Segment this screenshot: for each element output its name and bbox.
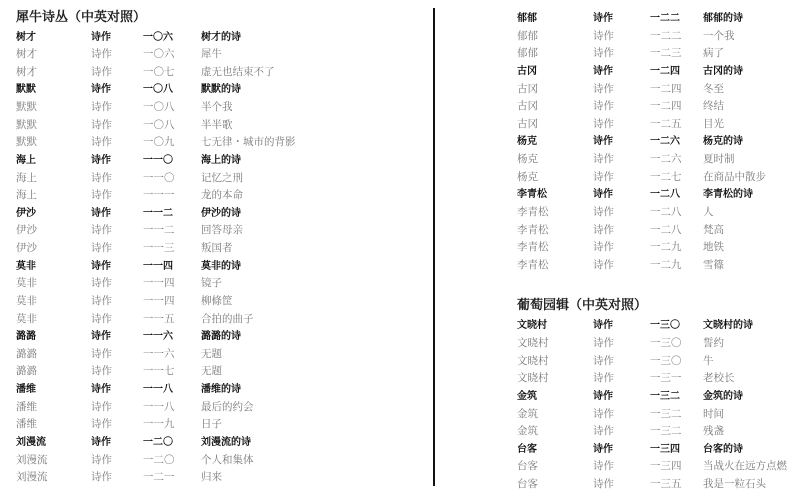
poem-title: 树才的诗: [201, 29, 241, 47]
toc-entry-row: 海上诗作一一一龙的本命: [16, 187, 416, 205]
page-number: 一三〇: [650, 353, 682, 371]
entry-type: 诗作: [91, 434, 111, 452]
entry-type: 诗作: [91, 152, 111, 170]
entry-type: 诗作: [91, 346, 112, 364]
poem-title: 终结: [703, 98, 724, 116]
poem-title: 记忆之刑: [201, 170, 243, 188]
toc-entry-row: 伊沙诗作一一三叛国者: [16, 240, 416, 258]
author-name: 刘漫流: [16, 452, 48, 470]
left-toc-list: 树才诗作一〇六树才的诗树才诗作一〇六犀牛树才诗作一〇七虚无也结束不了默默诗作一〇…: [16, 29, 416, 487]
poem-title: 夏时制: [703, 151, 735, 169]
page-number: 一一〇: [143, 152, 173, 170]
page-number: 一一二: [143, 205, 173, 223]
author-name: 潘维: [16, 416, 37, 434]
page-number: 一一一: [143, 187, 175, 205]
toc-author-heading-row: 杨克诗作一二六杨克的诗: [517, 133, 800, 151]
page-number: 一三五: [650, 476, 682, 494]
page-number: 一一九: [143, 416, 175, 434]
toc-entry-row: 古冈诗作一二四冬至: [517, 81, 800, 99]
author-name: 文晓村: [517, 353, 549, 371]
page-number: 一三一: [650, 370, 682, 388]
toc-entry-row: 金筑诗作一三二时间: [517, 406, 800, 424]
poem-title: 人: [703, 204, 714, 222]
author-name: 古冈: [517, 116, 538, 134]
author-name: 海上: [16, 152, 36, 170]
author-name: 默默: [16, 117, 37, 135]
page-number: 一一三: [143, 240, 175, 258]
page-number: 一一六: [143, 346, 175, 364]
author-name: 李青松: [517, 204, 549, 222]
entry-type: 诗作: [593, 458, 614, 476]
entry-type: 诗作: [91, 452, 112, 470]
page-number: 一〇六: [143, 29, 173, 47]
toc-entry-row: 李青松诗作一二八梵高: [517, 222, 800, 240]
toc-entry-row: 文晓村诗作一三〇牛: [517, 353, 800, 371]
poem-title: 镜子: [201, 275, 222, 293]
poem-title: 无题: [201, 346, 222, 364]
entry-type: 诗作: [593, 45, 614, 63]
poem-title: 李青松的诗: [703, 186, 753, 204]
toc-entry-row: 金筑诗作一三二残盏: [517, 423, 800, 441]
poem-title: 杨克的诗: [703, 133, 743, 151]
poem-title: 地铁: [703, 239, 724, 257]
poem-title: 台客的诗: [703, 441, 743, 459]
poem-title: 潞潞的诗: [201, 328, 241, 346]
author-name: 金筑: [517, 423, 538, 441]
page-number: 一〇八: [143, 117, 175, 135]
author-name: 潞潞: [16, 328, 36, 346]
entry-type: 诗作: [91, 311, 112, 329]
right-column: 郁郁诗作一二二郁郁的诗郁郁诗作一二二一个我郁郁诗作一二三病了古冈诗作一二四古冈的…: [517, 0, 800, 494]
page-number: 一一六: [143, 328, 173, 346]
toc-entry-row: 杨克诗作一二七在商品中散步: [517, 169, 800, 187]
author-name: 伊沙: [16, 205, 36, 223]
toc-entry-row: 莫非诗作一一四镜子: [16, 275, 416, 293]
toc-entry-row: 李青松诗作一二九雪篠: [517, 257, 800, 275]
entry-type: 诗作: [91, 64, 112, 82]
author-name: 默默: [16, 99, 37, 117]
poem-title: 柳條筐: [201, 293, 233, 311]
poem-title: 默默的诗: [201, 81, 241, 99]
page-number: 一一〇: [143, 170, 175, 188]
toc-entry-row: 刘漫流诗作一二〇个人和集体: [16, 452, 416, 470]
column-divider: [433, 8, 435, 486]
entry-type: 诗作: [593, 28, 614, 46]
page-number: 一二五: [650, 116, 682, 134]
poem-title: 个人和集体: [201, 452, 254, 470]
poem-title: 龙的本命: [201, 187, 243, 205]
author-name: 海上: [16, 187, 37, 205]
toc-entry-row: 郁郁诗作一二三病了: [517, 45, 800, 63]
entry-type: 诗作: [91, 134, 112, 152]
entry-type: 诗作: [593, 335, 614, 353]
toc-author-heading-row: 潞潞诗作一一六潞潞的诗: [16, 328, 416, 346]
page-number: 一二九: [650, 239, 682, 257]
poem-title: 残盏: [703, 423, 724, 441]
toc-entry-row: 李青松诗作一二八人: [517, 204, 800, 222]
entry-type: 诗作: [593, 98, 614, 116]
entry-type: 诗作: [593, 317, 613, 335]
entry-type: 诗作: [593, 388, 613, 406]
author-name: 郁郁: [517, 10, 537, 28]
entry-type: 诗作: [91, 117, 112, 135]
right-toc-list-bottom: 文晓村诗作一三〇文晓村的诗文晓村诗作一三〇誓约文晓村诗作一三〇牛文晓村诗作一三一…: [517, 317, 800, 493]
toc-author-heading-row: 伊沙诗作一一二伊沙的诗: [16, 205, 416, 223]
toc-entry-row: 文晓村诗作一三一老校长: [517, 370, 800, 388]
poem-title: 最后的约会: [201, 399, 254, 417]
entry-type: 诗作: [593, 423, 614, 441]
page-number: 一三〇: [650, 317, 680, 335]
toc-author-heading-row: 刘漫流诗作一二〇刘漫流的诗: [16, 434, 416, 452]
poem-title: 海上的诗: [201, 152, 241, 170]
author-name: 伊沙: [16, 222, 37, 240]
toc-entry-row: 郁郁诗作一二二一个我: [517, 28, 800, 46]
author-name: 默默: [16, 134, 37, 152]
section-title-rhino-poetry: 犀牛诗丛（中英对照）: [16, 8, 416, 28]
author-name: 台客: [517, 441, 537, 459]
poem-title: 无题: [201, 363, 222, 381]
poem-title: 刘漫流的诗: [201, 434, 251, 452]
author-name: 刘漫流: [16, 469, 48, 487]
toc-entry-row: 默默诗作一〇八半个我: [16, 99, 416, 117]
page-number: 一三四: [650, 441, 680, 459]
toc-entry-row: 树才诗作一〇六犀牛: [16, 46, 416, 64]
author-name: 伊沙: [16, 240, 37, 258]
author-name: 潘维: [16, 399, 37, 417]
entry-type: 诗作: [91, 416, 112, 434]
author-name: 莫非: [16, 275, 37, 293]
toc-entry-row: 海上诗作一一〇记忆之刑: [16, 170, 416, 188]
poem-title: 时间: [703, 406, 724, 424]
author-name: 李青松: [517, 186, 547, 204]
entry-type: 诗作: [91, 363, 112, 381]
entry-type: 诗作: [91, 469, 112, 487]
page-number: 一二二: [650, 28, 682, 46]
page-number: 一二三: [650, 45, 682, 63]
toc-entry-row: 古冈诗作一二五目光: [517, 116, 800, 134]
entry-type: 诗作: [91, 222, 112, 240]
poem-title: 回答母亲: [201, 222, 243, 240]
toc-entry-row: 台客诗作一三四当战火在远方点燃: [517, 458, 800, 476]
toc-entry-row: 刘漫流诗作一二一归来: [16, 469, 416, 487]
author-name: 文晓村: [517, 317, 547, 335]
section-title-vineyard: 葡萄园辑（中英对照）: [517, 296, 800, 316]
toc-entry-row: 潘维诗作一一八最后的约会: [16, 399, 416, 417]
page-number: 一二一: [143, 469, 175, 487]
author-name: 李青松: [517, 257, 549, 275]
poem-title: 目光: [703, 116, 724, 134]
page-number: 一二九: [650, 257, 682, 275]
toc-author-heading-row: 树才诗作一〇六树才的诗: [16, 29, 416, 47]
page-number: 一二七: [650, 169, 682, 187]
poem-title: 当战火在远方点燃: [703, 458, 787, 476]
toc-entry-row: 李青松诗作一二九地铁: [517, 239, 800, 257]
page-number: 一三二: [650, 423, 682, 441]
page-number: 一二八: [650, 186, 680, 204]
toc-entry-row: 莫非诗作一一五合拍的曲子: [16, 311, 416, 329]
entry-type: 诗作: [593, 186, 613, 204]
entry-type: 诗作: [593, 353, 614, 371]
page-number: 一三〇: [650, 335, 682, 353]
page-number: 一二六: [650, 133, 680, 151]
author-name: 郁郁: [517, 28, 538, 46]
entry-type: 诗作: [91, 29, 111, 47]
poem-title: 郁郁的诗: [703, 10, 743, 28]
toc-entry-row: 文晓村诗作一三〇誓约: [517, 335, 800, 353]
author-name: 树才: [16, 64, 37, 82]
author-name: 潞潞: [16, 363, 37, 381]
entry-type: 诗作: [91, 170, 112, 188]
author-name: 树才: [16, 29, 36, 47]
author-name: 李青松: [517, 222, 549, 240]
toc-entry-row: 杨克诗作一二六夏时制: [517, 151, 800, 169]
entry-type: 诗作: [91, 293, 112, 311]
author-name: 树才: [16, 46, 37, 64]
page-number: 一二六: [650, 151, 682, 169]
entry-type: 诗作: [91, 399, 112, 417]
entry-type: 诗作: [593, 222, 614, 240]
page-number: 一〇六: [143, 46, 175, 64]
toc-author-heading-row: 潘维诗作一一八潘维的诗: [16, 381, 416, 399]
poem-title: 我是一粒石头: [703, 476, 766, 494]
poem-title: 老校长: [703, 370, 735, 388]
poem-title: 潘维的诗: [201, 381, 241, 399]
entry-type: 诗作: [593, 370, 614, 388]
entry-type: 诗作: [593, 441, 613, 459]
entry-type: 诗作: [91, 205, 111, 223]
page-number: 一一四: [143, 258, 173, 276]
page-number: 一〇七: [143, 64, 175, 82]
page-number: 一一八: [143, 399, 175, 417]
entry-type: 诗作: [91, 81, 111, 99]
entry-type: 诗作: [593, 151, 614, 169]
author-name: 文晓村: [517, 370, 549, 388]
author-name: 金筑: [517, 388, 537, 406]
poem-title: 合拍的曲子: [201, 311, 254, 329]
toc-entry-row: 树才诗作一〇七虚无也结束不了: [16, 64, 416, 82]
author-name: 古冈: [517, 63, 537, 81]
toc-entry-row: 古冈诗作一二四终结: [517, 98, 800, 116]
entry-type: 诗作: [91, 328, 111, 346]
page-number: 一二八: [650, 204, 682, 222]
page-number: 一三二: [650, 406, 682, 424]
poem-title: 犀牛: [201, 46, 222, 64]
poem-title: 梵高: [703, 222, 724, 240]
poem-title: 病了: [703, 45, 724, 63]
poem-title: 古冈的诗: [703, 63, 743, 81]
author-name: 莫非: [16, 258, 36, 276]
toc-author-heading-row: 海上诗作一一〇海上的诗: [16, 152, 416, 170]
poem-title: 金筑的诗: [703, 388, 743, 406]
entry-type: 诗作: [91, 258, 111, 276]
toc-entry-row: 莫非诗作一一四柳條筐: [16, 293, 416, 311]
entry-type: 诗作: [593, 239, 614, 257]
entry-type: 诗作: [91, 381, 111, 399]
toc-author-heading-row: 金筑诗作一三二金筑的诗: [517, 388, 800, 406]
entry-type: 诗作: [91, 275, 112, 293]
author-name: 潞潞: [16, 346, 37, 364]
page-number: 一〇九: [143, 134, 175, 152]
poem-title: 伊沙的诗: [201, 205, 241, 223]
entry-type: 诗作: [593, 257, 614, 275]
page-number: 一二四: [650, 63, 680, 81]
poem-title: 冬至: [703, 81, 724, 99]
poem-title: 在商品中散步: [703, 169, 766, 187]
page-number: 一二〇: [143, 434, 173, 452]
page-number: 一一二: [143, 222, 175, 240]
author-name: 古冈: [517, 98, 538, 116]
poem-title: 雪篠: [703, 257, 724, 275]
entry-type: 诗作: [593, 204, 614, 222]
page-number: 一一四: [143, 275, 175, 293]
toc-author-heading-row: 默默诗作一〇八默默的诗: [16, 81, 416, 99]
poem-title: 文晓村的诗: [703, 317, 753, 335]
author-name: 台客: [517, 458, 538, 476]
page-number: 一三二: [650, 388, 680, 406]
author-name: 刘漫流: [16, 434, 46, 452]
poem-title: 誓约: [703, 335, 724, 353]
toc-entry-row: 潞潞诗作一一七无题: [16, 363, 416, 381]
entry-type: 诗作: [593, 406, 614, 424]
author-name: 古冈: [517, 81, 538, 99]
entry-type: 诗作: [593, 10, 613, 28]
entry-type: 诗作: [593, 81, 614, 99]
author-name: 莫非: [16, 311, 37, 329]
author-name: 海上: [16, 170, 37, 188]
author-name: 郁郁: [517, 45, 538, 63]
poem-title: 半个我: [201, 99, 233, 117]
entry-type: 诗作: [593, 476, 614, 494]
poem-title: 虚无也结束不了: [201, 64, 275, 82]
toc-author-heading-row: 古冈诗作一二四古冈的诗: [517, 63, 800, 81]
entry-type: 诗作: [91, 46, 112, 64]
author-name: 潘维: [16, 381, 36, 399]
toc-entry-row: 默默诗作一〇八半半歌: [16, 117, 416, 135]
page-number: 一一八: [143, 381, 173, 399]
page-number: 一一五: [143, 311, 175, 329]
page-number: 一一七: [143, 363, 175, 381]
poem-title: 七无律・城市的背影: [201, 134, 296, 152]
author-name: 杨克: [517, 169, 538, 187]
page-number: 一二四: [650, 98, 682, 116]
poem-title: 半半歌: [201, 117, 233, 135]
left-column: 犀牛诗丛（中英对照） 树才诗作一〇六树才的诗树才诗作一〇六犀牛树才诗作一〇七虚无…: [16, 0, 416, 487]
author-name: 莫非: [16, 293, 37, 311]
toc-entry-row: 潘维诗作一一九日子: [16, 416, 416, 434]
toc-author-heading-row: 文晓村诗作一三〇文晓村的诗: [517, 317, 800, 335]
entry-type: 诗作: [91, 99, 112, 117]
poem-title: 叛国者: [201, 240, 233, 258]
poem-title: 日子: [201, 416, 222, 434]
page-number: 一〇八: [143, 81, 173, 99]
toc-author-heading-row: 李青松诗作一二八李青松的诗: [517, 186, 800, 204]
toc-author-heading-row: 台客诗作一三四台客的诗: [517, 441, 800, 459]
entry-type: 诗作: [593, 116, 614, 134]
page-number: 一三四: [650, 458, 682, 476]
page-number: 一二〇: [143, 452, 175, 470]
page-number: 一〇八: [143, 99, 175, 117]
entry-type: 诗作: [593, 169, 614, 187]
poem-title: 一个我: [703, 28, 735, 46]
toc-entry-row: 默默诗作一〇九七无律・城市的背影: [16, 134, 416, 152]
author-name: 杨克: [517, 151, 538, 169]
author-name: 金筑: [517, 406, 538, 424]
poem-title: 归来: [201, 469, 222, 487]
page-number: 一一四: [143, 293, 175, 311]
author-name: 台客: [517, 476, 538, 494]
page-number: 一二八: [650, 222, 682, 240]
poem-title: 牛: [703, 353, 714, 371]
author-name: 默默: [16, 81, 36, 99]
page-number: 一二二: [650, 10, 680, 28]
toc-author-heading-row: 莫非诗作一一四莫非的诗: [16, 258, 416, 276]
entry-type: 诗作: [91, 187, 112, 205]
entry-type: 诗作: [593, 63, 613, 81]
right-toc-list-top: 郁郁诗作一二二郁郁的诗郁郁诗作一二二一个我郁郁诗作一二三病了古冈诗作一二四古冈的…: [517, 10, 800, 274]
author-name: 李青松: [517, 239, 549, 257]
toc-author-heading-row: 郁郁诗作一二二郁郁的诗: [517, 10, 800, 28]
author-name: 杨克: [517, 133, 537, 151]
entry-type: 诗作: [91, 240, 112, 258]
toc-entry-row: 伊沙诗作一一二回答母亲: [16, 222, 416, 240]
entry-type: 诗作: [593, 133, 613, 151]
toc-entry-row: 潞潞诗作一一六无题: [16, 346, 416, 364]
page-number: 一二四: [650, 81, 682, 99]
author-name: 文晓村: [517, 335, 549, 353]
poem-title: 莫非的诗: [201, 258, 241, 276]
toc-entry-row: 台客诗作一三五我是一粒石头: [517, 476, 800, 494]
